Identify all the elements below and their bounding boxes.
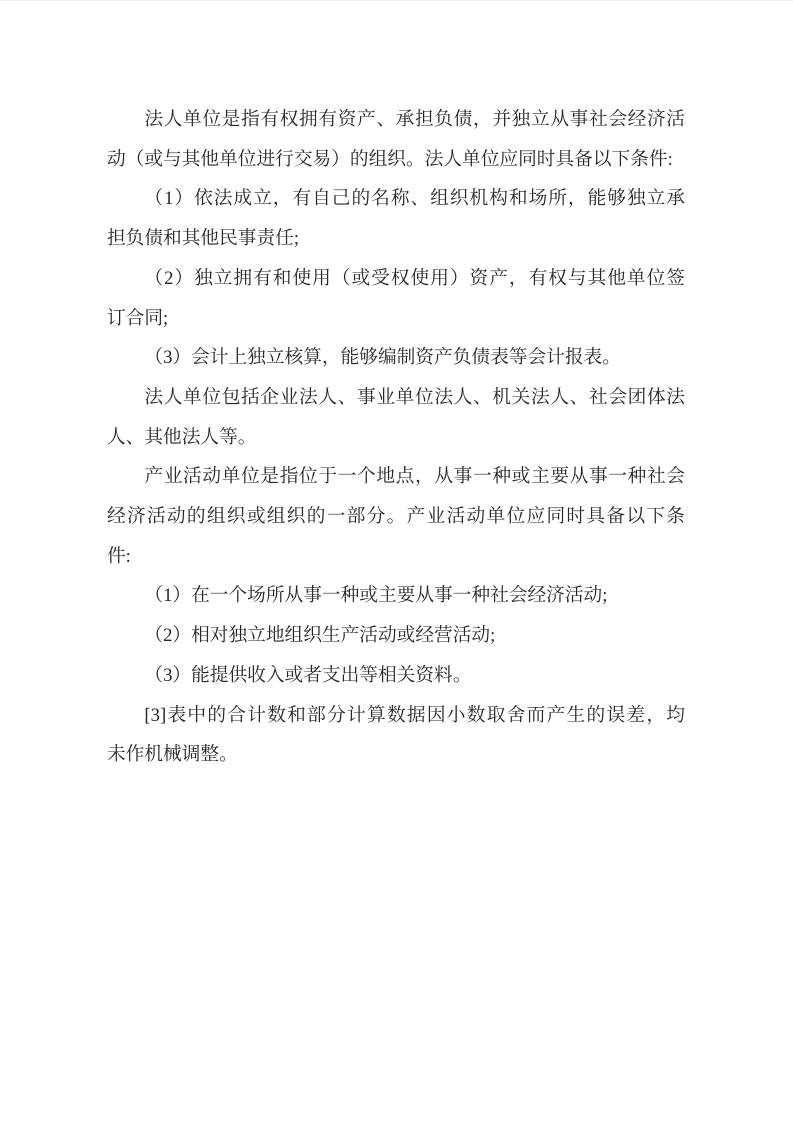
text-line: （3）会计上独立核算，能够编制资产负债表等会计报表。 bbox=[107, 338, 685, 378]
paragraph-legal-unit-condition-2: （2）独立拥有和使用（或受权使用）资产，有权与其他单位签 订合同; bbox=[107, 259, 685, 338]
text-line: 未作机械调整。 bbox=[107, 735, 685, 775]
paragraph-legal-unit-types: 法人单位包括企业法人、事业单位法人、机关法人、社会团体法 人、其他法人等。 bbox=[107, 378, 685, 457]
paragraph-industrial-activity-unit-definition: 产业活动单位是指位于一个地点，从事一种或主要从事一种社会 经济活动的组织或组织的… bbox=[107, 457, 685, 576]
text-line: 法人单位是指有权拥有资产、承担负债，并独立从事社会经济活 bbox=[107, 100, 685, 140]
text-line: 担负债和其他民事责任; bbox=[107, 219, 685, 259]
document-page: 法人单位是指有权拥有资产、承担负债，并独立从事社会经济活 动（或与其他单位进行交… bbox=[0, 0, 793, 1122]
text-line: （3）能提供收入或者支出等相关资料。 bbox=[107, 656, 685, 696]
paragraph-industrial-unit-condition-2: （2）相对独立地组织生产活动或经营活动; bbox=[107, 616, 685, 656]
paragraph-legal-unit-condition-1: （1）依法成立，有自己的名称、组织机构和场所，能够独立承 担负债和其他民事责任; bbox=[107, 179, 685, 258]
paragraph-footnote-3: [3]表中的合计数和部分计算数据因小数取舍而产生的误差，均 未作机械调整。 bbox=[107, 696, 685, 775]
paragraph-legal-unit-definition: 法人单位是指有权拥有资产、承担负债，并独立从事社会经济活 动（或与其他单位进行交… bbox=[107, 100, 685, 179]
text-line: 产业活动单位是指位于一个地点，从事一种或主要从事一种社会 bbox=[107, 457, 685, 497]
paragraph-legal-unit-condition-3: （3）会计上独立核算，能够编制资产负债表等会计报表。 bbox=[107, 338, 685, 378]
text-line: （2）独立拥有和使用（或受权使用）资产，有权与其他单位签 bbox=[107, 259, 685, 299]
text-line: [3]表中的合计数和部分计算数据因小数取舍而产生的误差，均 bbox=[107, 696, 685, 736]
text-line: 件: bbox=[107, 537, 685, 577]
text-line: 订合同; bbox=[107, 299, 685, 339]
text-line: 动（或与其他单位进行交易）的组织。法人单位应同时具备以下条件: bbox=[107, 140, 685, 180]
text-line: 经济活动的组织或组织的一部分。产业活动单位应同时具备以下条 bbox=[107, 497, 685, 537]
paragraph-industrial-unit-condition-3: （3）能提供收入或者支出等相关资料。 bbox=[107, 656, 685, 696]
page-top-edge bbox=[0, 0, 793, 1]
text-line: 法人单位包括企业法人、事业单位法人、机关法人、社会团体法 bbox=[107, 378, 685, 418]
text-line: （2）相对独立地组织生产活动或经营活动; bbox=[107, 616, 685, 656]
paragraph-industrial-unit-condition-1: （1）在一个场所从事一种或主要从事一种社会经济活动; bbox=[107, 576, 685, 616]
text-line: （1）在一个场所从事一种或主要从事一种社会经济活动; bbox=[107, 576, 685, 616]
text-line: （1）依法成立，有自己的名称、组织机构和场所，能够独立承 bbox=[107, 179, 685, 219]
text-line: 人、其他法人等。 bbox=[107, 418, 685, 458]
document-body: 法人单位是指有权拥有资产、承担负债，并独立从事社会经济活 动（或与其他单位进行交… bbox=[107, 100, 685, 775]
